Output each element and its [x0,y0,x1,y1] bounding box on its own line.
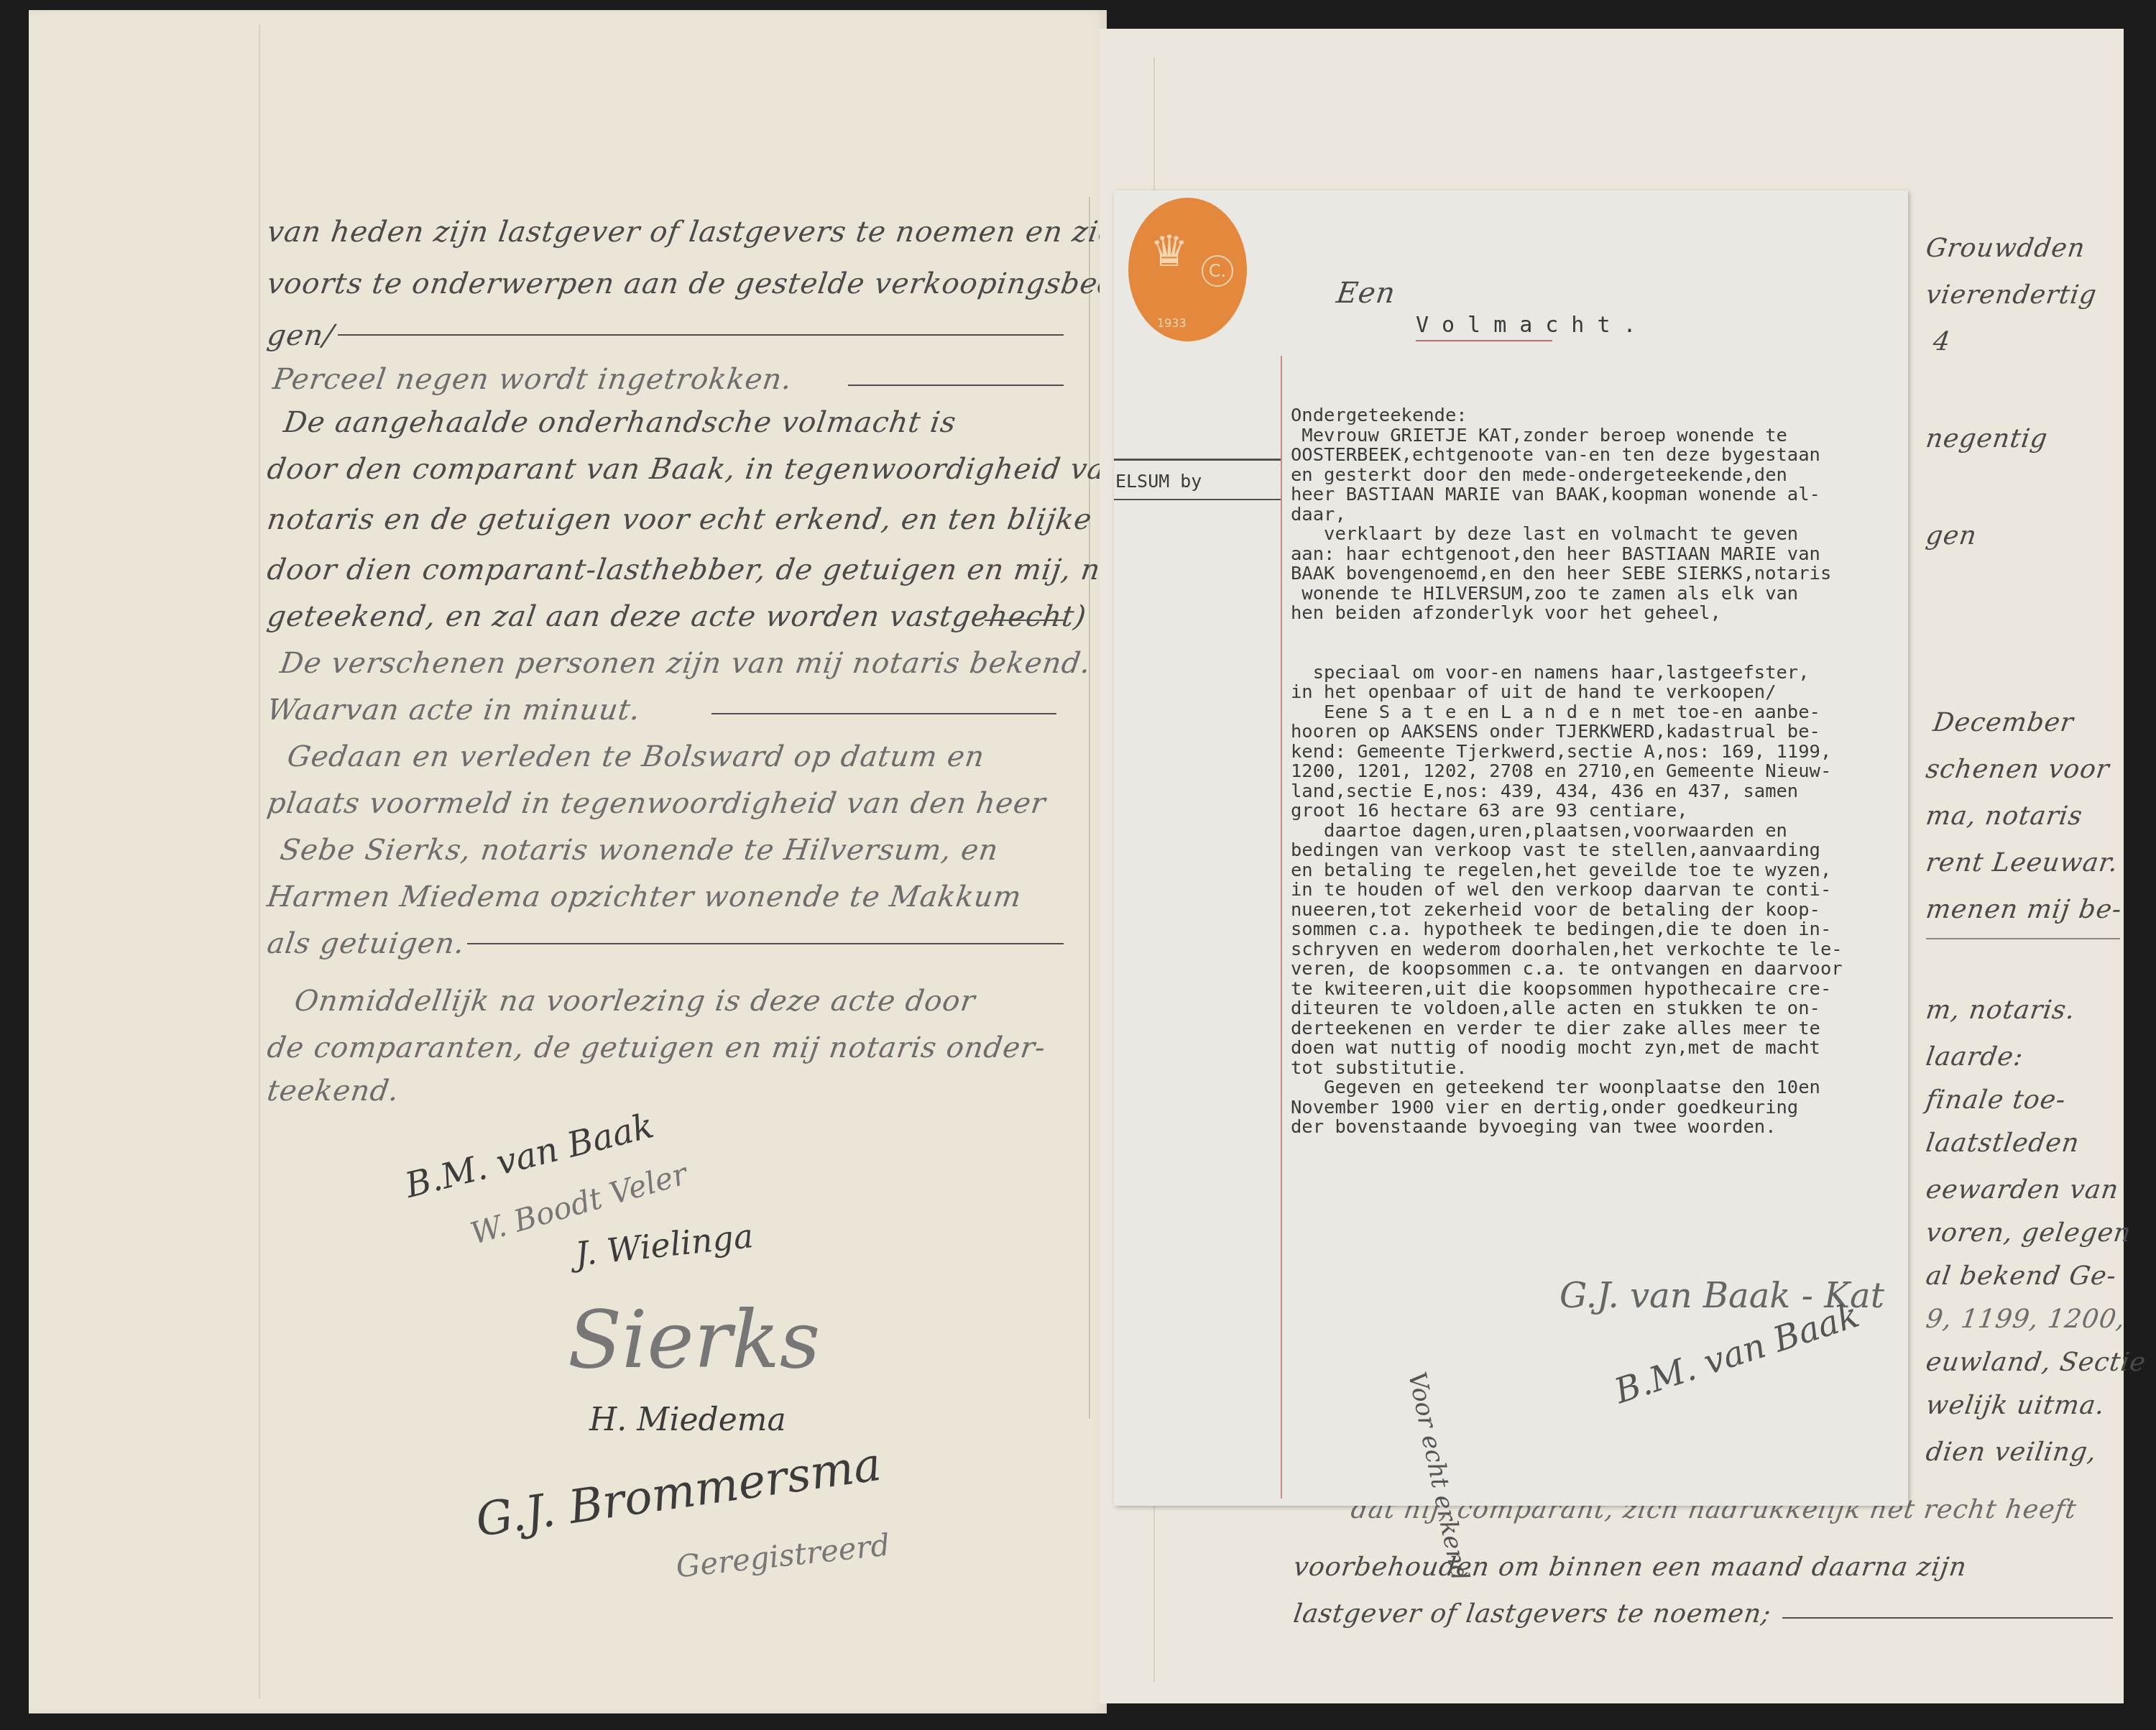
typed-line: hooren op AAKSENS onder TJERKWERD,kadast… [1291,722,1820,742]
handwritten-line: De verschenen personen zijn van mij nota… [278,647,1093,680]
handwritten-line: geteekend, en zal aan deze acte worden v… [265,600,1089,633]
typed-line: Mevrouw GRIETJE KAT,zonder beroep wonend… [1291,426,1787,446]
signature: H. Miedema [589,1402,786,1438]
handwritten-line: door den comparant van Baak, in tegenwoo… [265,453,1184,486]
handwritten-line: notaris en de getuigen voor echt erkend,… [265,503,1227,536]
handwritten-line: Sebe Sierks, notaris wonende te Hilversu… [278,834,1001,867]
margin-note: ELSUM by [1114,459,1281,500]
handwritten-line: De aangehaalde onderhandsche volmacht is [282,406,959,439]
column-rule [1089,197,1090,1419]
typed-line: groot 16 hectare 63 are 93 centiare, [1291,801,1688,822]
typed-line: veren, de koopsommen c.a. te ontvangen e… [1291,960,1843,980]
typed-line: daar, [1291,505,1346,525]
handwritten-fragment: negentig [1924,424,2050,454]
handwritten-fragment: menen mij be- [1924,895,2124,924]
typed-line: Eene S a t e en L a n d e n met toe-en a… [1291,703,1820,723]
handwritten-line: voorbehouden om binnen een maand daarna … [1291,1552,1968,1582]
typed-line: wonende te HILVERSUM,zoo te zamen als el… [1291,584,1798,604]
handwritten-line: van heden zijn lastgever of lastgevers t… [265,216,1137,249]
typed-line: hen beiden afzonderlyk voor het geheel, [1291,604,1721,624]
handwritten-fragment: eewarden van [1924,1175,2121,1205]
typed-line: Ondergeteekende: [1291,406,1468,426]
handwritten-line: voorts te onderwerpen aan de gestelde ve… [265,267,1159,300]
handwritten-fragment: welijk uitma. [1924,1391,2107,1420]
handwritten-line: lastgever of lastgevers te noemen; [1291,1599,1773,1629]
crest-icon: ♛ [1150,226,1189,277]
typed-line: en gesterkt door den mede-ondergeteekend… [1291,466,1787,486]
revenue-stamp: ♛ C. 1933 [1128,198,1247,341]
handwritten-line: Gedaan en verleden te Bolsward op datum … [285,740,987,773]
filler-line [711,713,1056,714]
margin-rule [259,24,260,1699]
typed-line: te kwiteeren,uit die koopsommen hypothec… [1291,980,1831,1000]
typed-line: kend: Gemeente Tjerkwerd,sectie A,nos: 1… [1291,742,1831,763]
handwritten-fragment: dien veiling, [1924,1437,2099,1467]
stamp-year: 1933 [1157,316,1187,330]
typed-line: doen wat nuttig of noodig mocht zyn,met … [1291,1039,1820,1059]
filler-line [985,620,1064,621]
typed-line: OOSTERBEEK,echtgenoote van-en ten deze b… [1291,446,1820,466]
handwritten-line: door dien comparant-lasthebber, de getui… [265,553,1201,586]
handwritten-line: plaats voormeld in tegenwoordigheid van … [265,787,1049,820]
typed-line: speciaal om voor-en namens haar,lastgeef… [1291,663,1810,684]
typed-line: bedingen van verkoop vast te stellen,aan… [1291,841,1820,861]
handwritten-fragment: schenen voor [1924,755,2111,784]
handwritten-fragment: al bekend Ge- [1924,1261,2119,1291]
handwritten-fragment: laarde: [1924,1042,2025,1072]
document-title: Volmacht. [1416,313,1649,338]
typed-line: 1200, 1201, 1202, 2708 en 2710,en Gemeen… [1291,762,1831,782]
typed-line: in het openbaar of uit de hand te verkoo… [1291,683,1777,703]
typed-power-of-attorney-sheet: ♛ C. 1933 Een Volmacht. ELSUM by Onderge… [1114,190,1908,1506]
typed-line: BAAK bovengenoemd,en den heer SEBE SIERK… [1291,564,1831,584]
title-underline [1416,340,1552,341]
handwritten-line: Perceel negen wordt ingetrokken. [271,363,794,396]
red-margin-line [1281,356,1282,1499]
handwritten-fragment: 9, 1199, 1200, [1924,1305,2127,1334]
typed-line: diteuren te voldoen,alle acten en stukke… [1291,999,1820,1019]
stamp-letter: C. [1202,255,1233,287]
typed-line: aan: haar echtgenoot,den heer BASTIAAN M… [1291,545,1820,565]
typed-line: November 1900 vier en dertig,onder goedk… [1291,1098,1798,1118]
typed-line: in te houden of wel den verkoop daarvan … [1291,880,1831,901]
typed-line: nueeren,tot zekerheid voor de betaling d… [1291,901,1820,921]
handwritten-fragment: ma, notaris [1924,801,2084,831]
handwritten-fragment: euwland, Sectie [1924,1348,2148,1377]
typed-line: der bovenstaande byvoeging van twee woor… [1291,1118,1777,1138]
filler-line [467,943,1064,944]
filler-line [1926,938,2120,939]
handwritten-fragment: laatstleden [1924,1128,2081,1158]
typed-line: daartoe dagen,uren,plaatsen,voorwaarden … [1291,822,1787,842]
handwritten-line: teekend. [265,1075,402,1108]
typed-line: verklaart by deze last en volmacht te ge… [1291,525,1798,545]
handwritten-line: Waarvan acte in minuut. [265,694,643,727]
filler-line [1782,1617,2113,1619]
typed-line: derteekenen en verder te dier zake alles… [1291,1019,1820,1039]
typed-line: schryven en wederom doorhalen,het verkoc… [1291,940,1843,960]
typed-line: en betaling te regelen,het geveilde toe … [1291,861,1831,881]
typed-line: heer BASTIAAN MARIE van BAAK,koopman won… [1291,485,1820,505]
handwritten-fragment: December [1931,708,2076,737]
handwritten-line: Onmiddellijk na voorlezing is deze acte … [292,985,977,1018]
typed-line: tot substitutie. [1291,1059,1468,1079]
handwritten-fragment: rent Leeuwar. [1924,848,2120,878]
handwritten-line: de comparanten, de getuigen en mij notar… [265,1031,1048,1064]
typed-line: Gegeven en geteekend ter woonplaatse den… [1291,1078,1820,1098]
handwritten-fragment: voren, gelegen [1924,1218,2133,1248]
handwritten-line: Harmen Miedema opzichter wonende te Makk… [265,880,1024,914]
handwritten-prefix: Een [1335,277,1398,310]
filler-line [338,334,1064,336]
typed-line: sommen c.a. hypotheek te bedingen,die te… [1291,920,1831,940]
signature: Sierks [568,1294,820,1386]
filler-line [848,385,1064,386]
handwritten-fragment: gen [1924,521,1978,551]
handwritten-fragment: finale toe- [1924,1085,2068,1115]
handwritten-fragment: m, notaris. [1924,995,2077,1025]
handwritten-line: als getuigen. [265,927,467,960]
handwritten-line: gen/ [265,319,336,352]
typed-line: land,sectie E,nos: 439, 434, 436 en 437,… [1291,782,1798,802]
handwritten-fragment: Grouwdden [1924,234,2087,263]
handwritten-fragment: vierendertig [1924,280,2099,310]
